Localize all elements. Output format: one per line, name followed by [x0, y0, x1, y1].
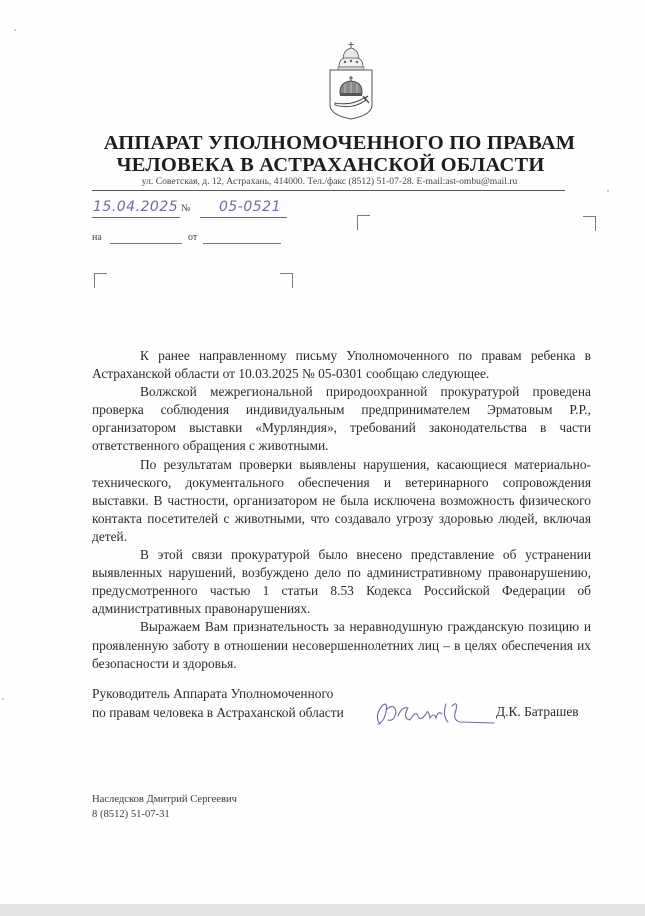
letter-body: К ранее направленному письму Уполномочен…	[92, 347, 591, 673]
addressee-corner-top-right	[583, 216, 596, 231]
coat-of-arms-icon	[327, 40, 375, 120]
subject-corner-top-right	[280, 273, 293, 288]
paragraph-1: К ранее направленному письму Уполномочен…	[92, 347, 591, 383]
signatory-position: Руководитель Аппарата Уполномоченного по…	[92, 685, 344, 722]
addressee-corner-top-left	[357, 215, 370, 230]
reply-to-label: на	[92, 232, 102, 243]
signatory-position-line1: Руководитель Аппарата Уполномоченного	[92, 685, 344, 704]
letter-page: АППАРАТ УПОЛНОМОЧЕННОГО ПО ПРАВАМ ЧЕЛОВЕ…	[0, 0, 645, 904]
executor-name: Наследсков Дмитрий Сергеевич	[92, 793, 237, 808]
reply-from-blank	[203, 243, 281, 244]
number-label: №	[181, 203, 191, 214]
scan-speck	[607, 190, 609, 192]
executor-phone: 8 (8512) 51-07-31	[92, 808, 237, 823]
org-title-line2: ЧЕЛОВЕКА В АСТРАХАНСКОЙ ОБЛАСТИ	[8, 153, 645, 177]
paragraph-2: Волжской межрегиональной природоохранной…	[92, 383, 591, 455]
executor-contact: Наследсков Дмитрий Сергеевич 8 (8512) 51…	[92, 793, 237, 822]
paragraph-3: По результатам проверки выявлены нарушен…	[92, 456, 591, 546]
signatory-name: Д.К. Батрашев	[496, 704, 579, 720]
scan-speck	[2, 698, 4, 700]
org-address: ул. Советская, д. 12, Астрахань, 414000.…	[92, 176, 567, 187]
outgoing-number-field: 05-0521	[200, 199, 287, 218]
scan-speck	[14, 29, 16, 31]
reply-from-label: от	[188, 232, 197, 243]
reply-to-blank	[110, 243, 182, 244]
paragraph-4: В этой связи прокуратурой было внесено п…	[92, 546, 591, 618]
subject-corner-top-left	[94, 273, 107, 288]
outgoing-date: 15.04.2025	[93, 199, 178, 215]
org-title-line1: АППАРАТ УПОЛНОМОЧЕННОГО ПО ПРАВАМ	[17, 131, 645, 155]
signatory-position-line2: по правам человека в Астраханской област…	[92, 704, 344, 723]
header-divider	[92, 190, 565, 191]
handwritten-signature-icon	[372, 698, 497, 728]
viewer-bottom-edge	[0, 904, 645, 916]
outgoing-number: 05-0521	[219, 199, 281, 215]
outgoing-date-field: 15.04.2025	[92, 199, 180, 218]
paragraph-5: Выражаем Вам признательность за неравнод…	[92, 618, 591, 672]
